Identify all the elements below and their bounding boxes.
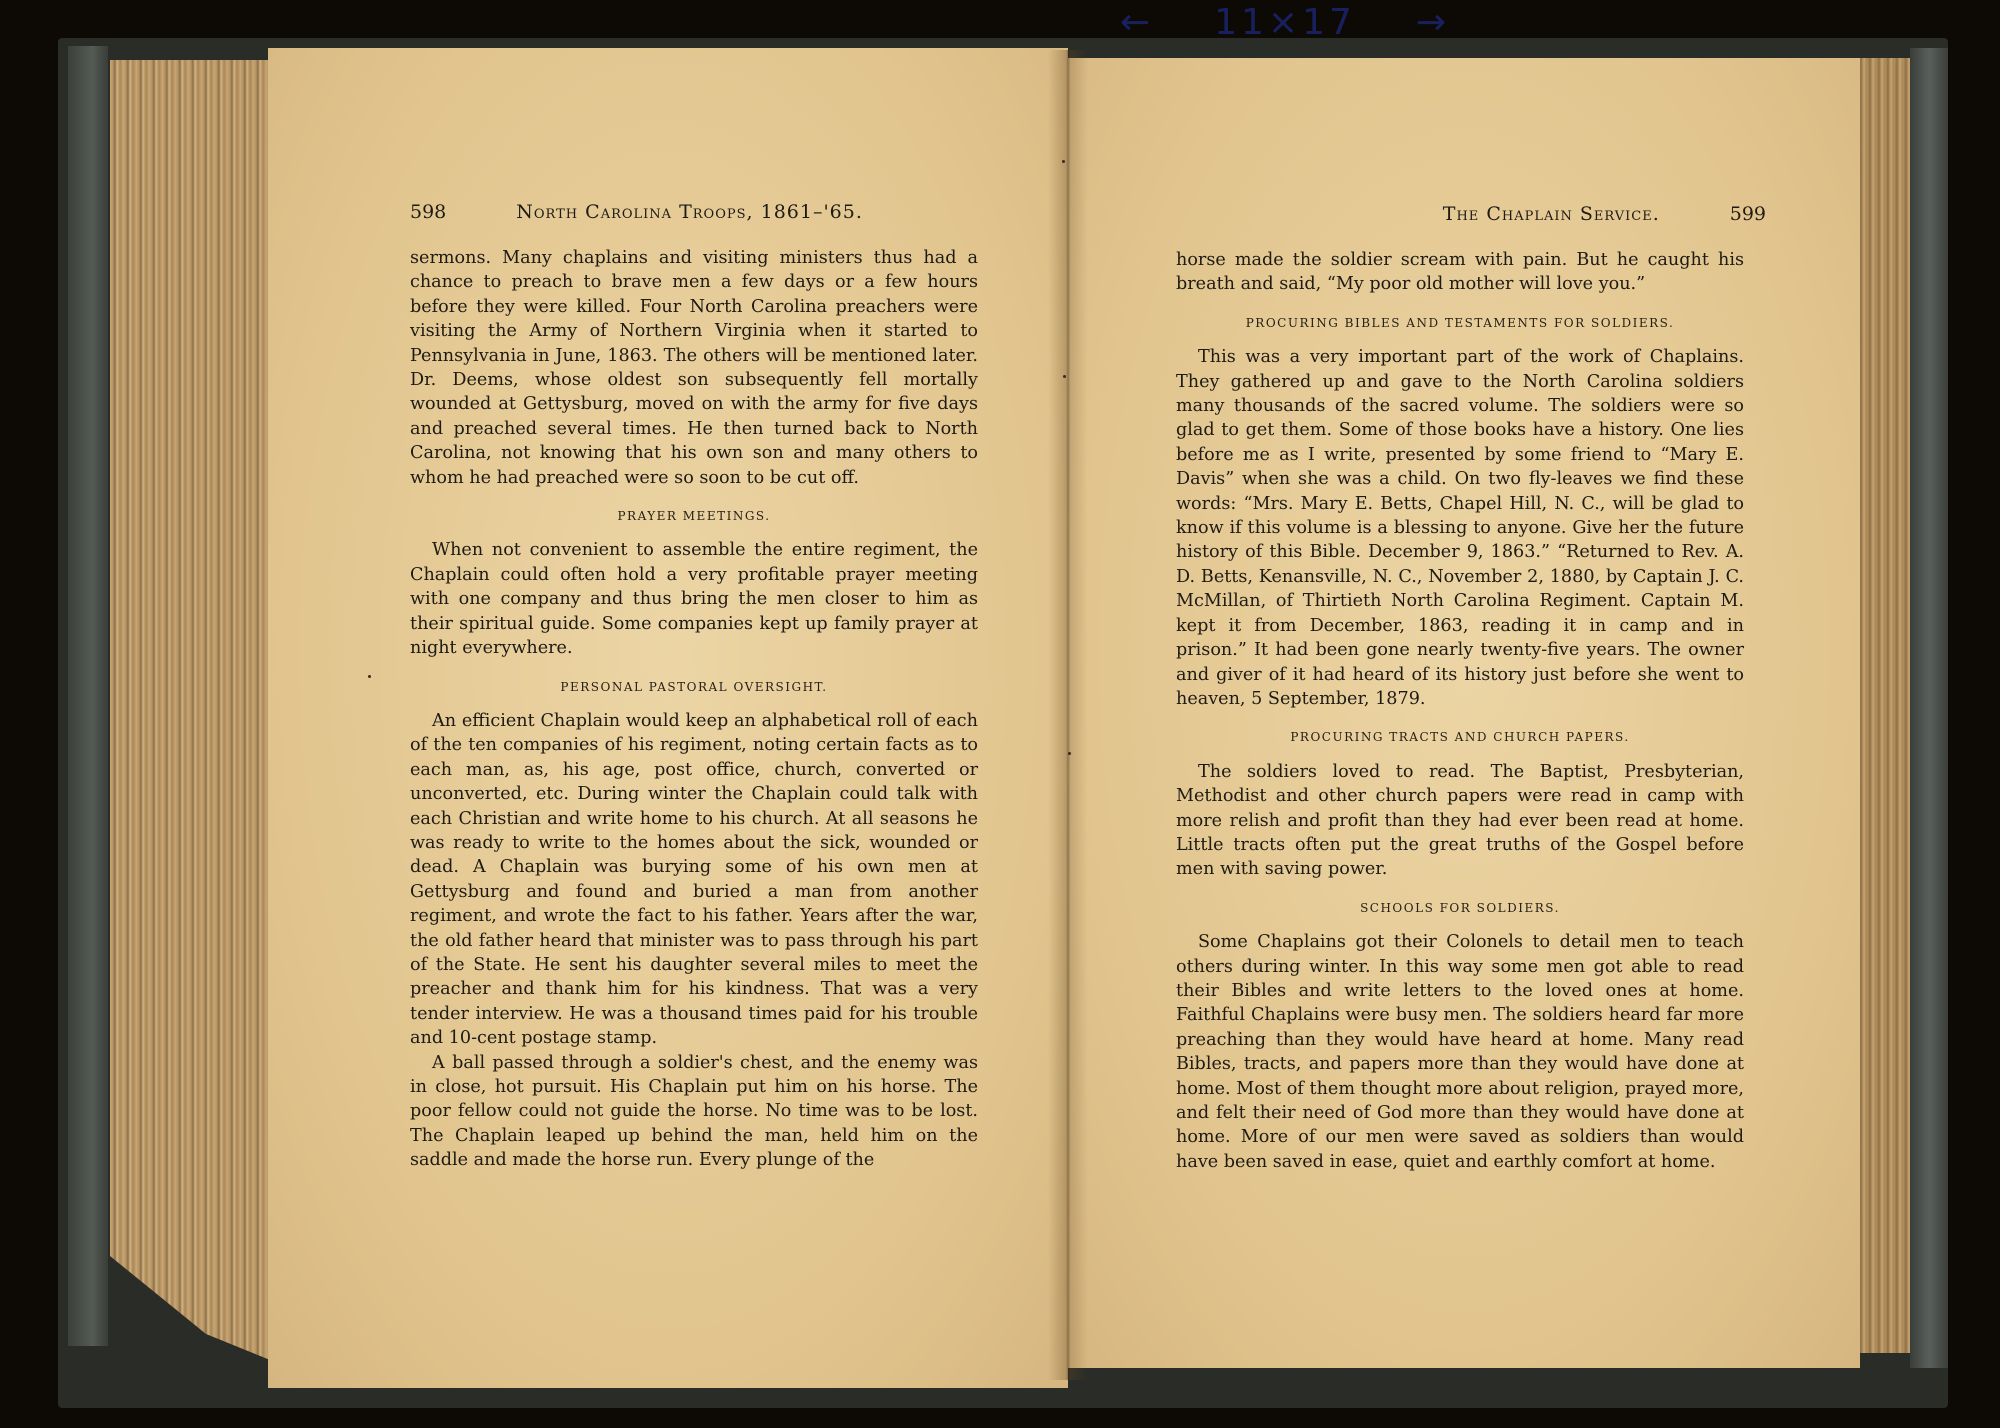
paragraph: A ball passed through a soldier's chest,… bbox=[410, 1051, 978, 1173]
paper-speck bbox=[368, 675, 371, 678]
scan-size-label: ← 11×17 → bbox=[1120, 2, 1450, 42]
page-number: 598 bbox=[410, 201, 446, 223]
section-heading-pastoral-oversight: PERSONAL PASTORAL OVERSIGHT. bbox=[410, 675, 978, 699]
section-heading-prayer-meetings: PRAYER MEETINGS. bbox=[410, 504, 978, 528]
left-running-head: 598 North Carolina Troops, 1861–'65. bbox=[410, 201, 995, 223]
paragraph: horse made the soldier scream with pain.… bbox=[1176, 248, 1744, 297]
paper-speck bbox=[1068, 752, 1071, 755]
paper-speck bbox=[1062, 160, 1065, 163]
page-edges-right bbox=[1858, 58, 1910, 1353]
cover-left-edge bbox=[68, 46, 108, 1346]
book-gutter bbox=[1048, 50, 1088, 1380]
paragraph: This was a very important part of the wo… bbox=[1176, 345, 1744, 711]
right-page-text: horse made the soldier scream with pain.… bbox=[1176, 248, 1744, 1174]
scan-size-text: 11×17 bbox=[1214, 2, 1356, 43]
cover-right-edge bbox=[1910, 48, 1948, 1368]
paragraph: When not convenient to assemble the enti… bbox=[410, 538, 978, 660]
arrow-left-icon: ← bbox=[1120, 2, 1154, 43]
paragraph: An efficient Chaplain would keep an alph… bbox=[410, 709, 978, 1051]
paragraph: The soldiers loved to read. The Baptist,… bbox=[1176, 760, 1744, 882]
section-heading-bibles: PROCURING BIBLES AND TESTAMENTS FOR SOLD… bbox=[1176, 311, 1744, 335]
paper-speck bbox=[1063, 375, 1066, 378]
running-head-title: The Chaplain Service. bbox=[1443, 203, 1660, 225]
left-page-text: sermons. Many chaplains and visiting min… bbox=[410, 246, 978, 1173]
paragraph: sermons. Many chaplains and visiting min… bbox=[410, 246, 978, 490]
page-number: 599 bbox=[1730, 203, 1766, 225]
section-heading-tracts: PROCURING TRACTS AND CHURCH PAPERS. bbox=[1176, 725, 1744, 749]
right-running-head: The Chaplain Service. 599 bbox=[1176, 203, 1766, 225]
left-page: 598 North Carolina Troops, 1861–'65. ser… bbox=[268, 48, 1068, 1388]
right-page: The Chaplain Service. 599 horse made the… bbox=[1068, 58, 1860, 1368]
arrow-right-icon: → bbox=[1416, 2, 1450, 43]
section-heading-schools: SCHOOLS FOR SOLDIERS. bbox=[1176, 896, 1744, 920]
running-head-title: North Carolina Troops, 1861–'65. bbox=[516, 201, 863, 223]
paragraph: Some Chaplains got their Colonels to det… bbox=[1176, 930, 1744, 1174]
page-edges-left bbox=[110, 60, 270, 1360]
